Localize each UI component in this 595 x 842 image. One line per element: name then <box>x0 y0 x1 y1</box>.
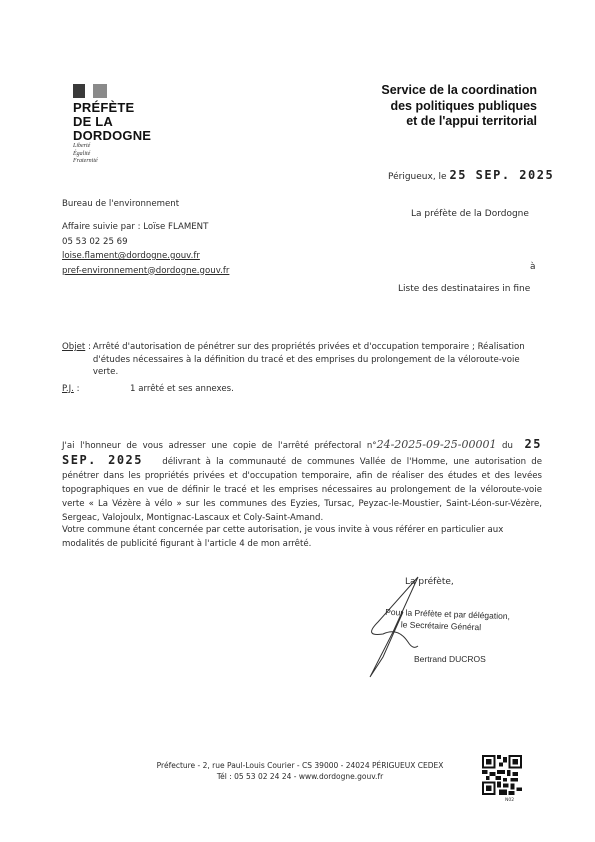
motto: Liberté Égalité Fraternité <box>73 143 98 166</box>
service-line: des politiques publiques <box>381 99 537 115</box>
motto-line: Liberté <box>73 143 98 151</box>
place-date: Périgueux, le 25 SEP. 2025 <box>388 168 554 182</box>
place: Périgueux, le <box>388 172 447 182</box>
pj-sep: : <box>74 384 80 394</box>
phone: 05 53 02 25 69 <box>62 235 229 250</box>
motto-line: Égalité <box>73 151 98 159</box>
email-link-1[interactable]: loise.flament@dordogne.gouv.fr <box>62 251 200 261</box>
qr-code-label: N02 <box>505 798 514 803</box>
email-link-2[interactable]: pref-environnement@dordogne.gouv.fr <box>62 266 229 276</box>
signatory-name: Bertrand DUCROS <box>414 654 486 664</box>
bureau: Bureau de l'environnement <box>62 197 179 211</box>
objet-label: Objet <box>62 341 85 354</box>
contact-block: Affaire suivie par : Loïse FLAMENT 05 53… <box>62 220 229 278</box>
body-paragraph-2: Votre commune étant concernée par cette … <box>62 523 542 551</box>
footer-contact: Tél : 05 53 02 24 24 - www.dordogne.gouv… <box>120 771 480 782</box>
objet-block: Objet : Arrêté d'autorisation de pénétre… <box>62 341 542 395</box>
org-name-line: PRÉFÈTE <box>73 101 151 115</box>
pj-label: P.J. <box>62 383 74 396</box>
footer-address: Préfecture - 2, rue Paul-Louis Courier -… <box>120 760 480 771</box>
marianne-flag-icon <box>73 84 107 98</box>
body-paragraph-1: J'ai l'honneur de vous adresser une copi… <box>62 437 542 525</box>
recipient-a: à <box>530 262 536 272</box>
sender: La préfète de la Dordogne <box>411 209 529 219</box>
footer: Préfecture - 2, rue Paul-Louis Courier -… <box>120 760 480 782</box>
service-line: Service de la coordination <box>381 83 537 99</box>
delegation: Pour la Préfète et par délégation, le Se… <box>385 606 511 634</box>
followed-by: Affaire suivie par : Loïse FLAMENT <box>62 220 229 235</box>
arrete-number: 24-2025-09-25-00001 <box>377 438 497 451</box>
p1-text-b: du <box>502 441 513 451</box>
recipient-list: Liste des destinataires in fine <box>398 284 530 294</box>
service-title: Service de la coordination des politique… <box>381 83 537 130</box>
org-name-line: DORDOGNE <box>73 129 151 143</box>
qr-code-icon <box>482 755 522 795</box>
date-stamp: 25 SEP. 2025 <box>449 168 554 182</box>
p1-text-a: J'ai l'honneur de vous adresser une copi… <box>62 441 377 451</box>
motto-line: Fraternité <box>73 158 98 166</box>
service-line: et de l'appui territorial <box>381 114 537 130</box>
objet-text: Arrêté d'autorisation de pénétrer sur de… <box>91 341 542 379</box>
org-name-line: DE LA <box>73 115 151 129</box>
signature-title: La préfète, <box>405 577 454 587</box>
pj-text: 1 arrêté et ses annexes. <box>106 383 542 396</box>
org-name: PRÉFÈTE DE LA DORDOGNE <box>73 101 151 143</box>
